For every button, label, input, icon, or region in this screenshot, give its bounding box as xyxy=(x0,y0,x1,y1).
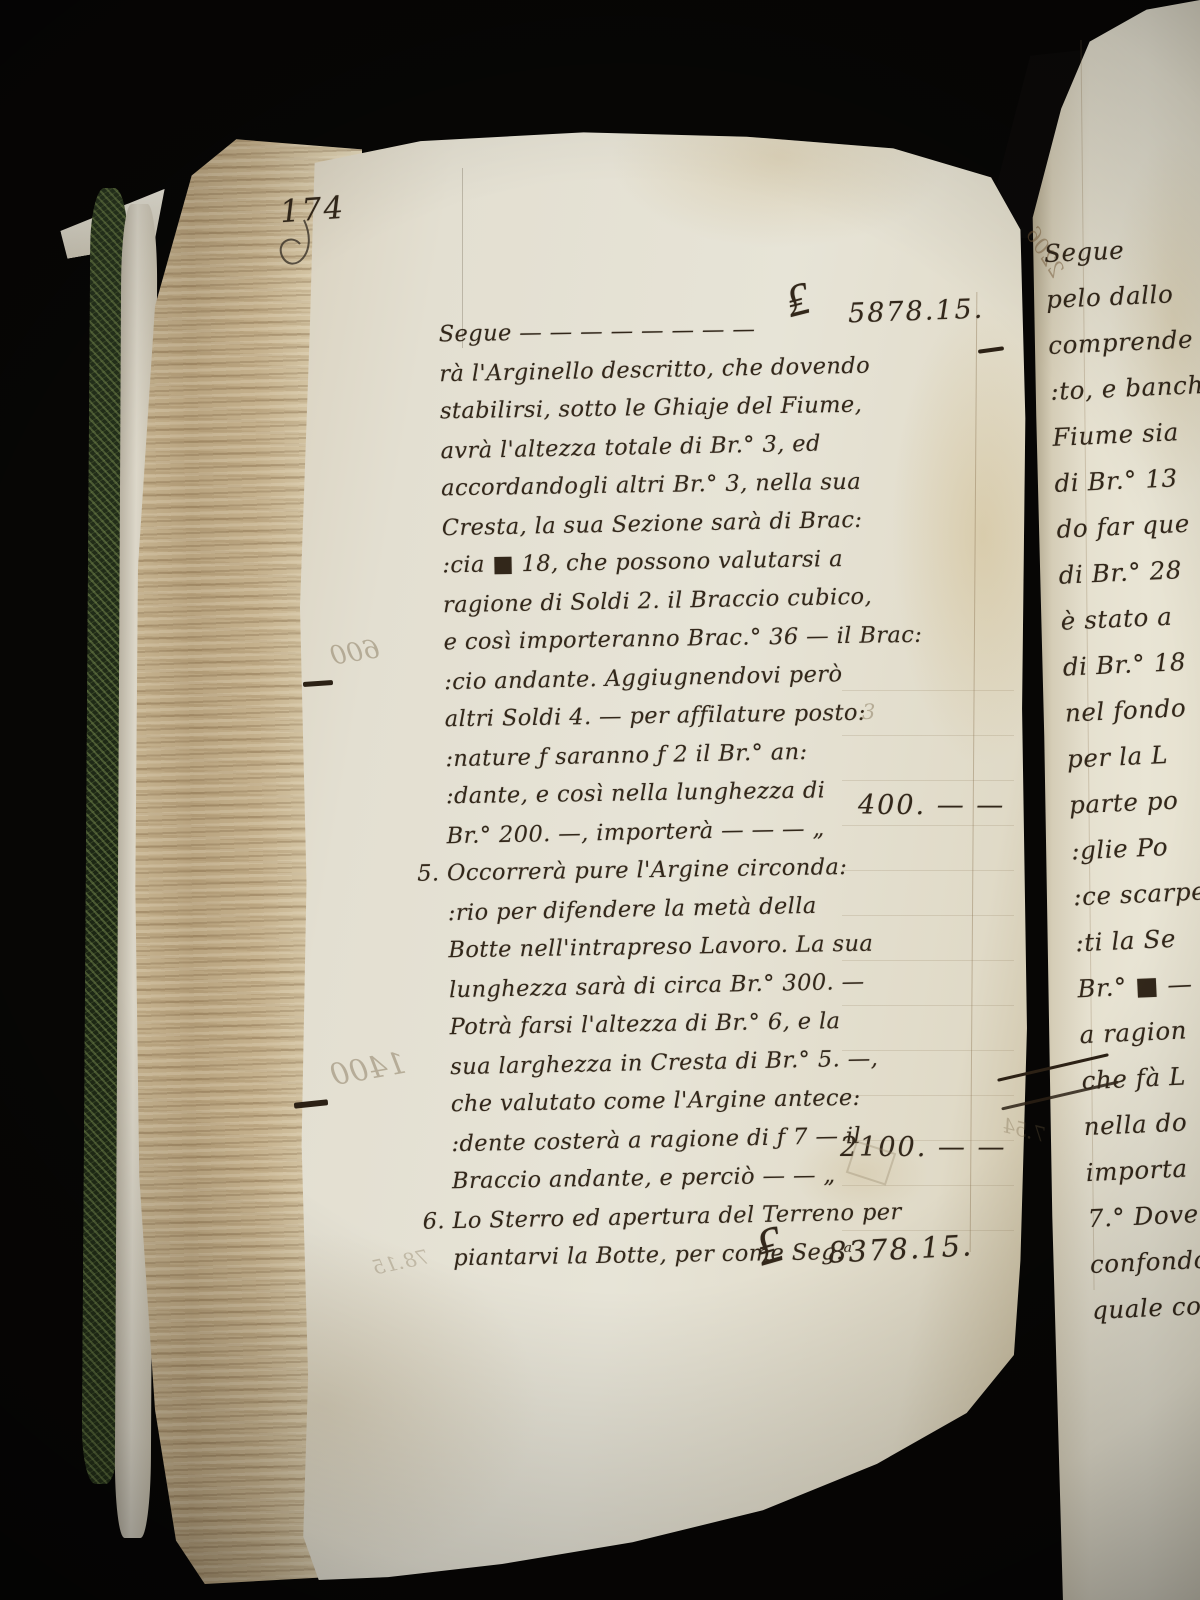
manuscript-line: ragione di Soldi 2. il Braccio cubico, xyxy=(443,577,864,624)
bleedthrough-text: 3 xyxy=(862,700,875,724)
manuscript-line: importa xyxy=(1085,1141,1200,1196)
manuscript-line: di Br.° 28 xyxy=(1058,544,1200,599)
manuscript-line: Segue xyxy=(1043,222,1200,277)
manuscript-line: che fà L xyxy=(1081,1049,1200,1104)
manuscript-line: Potrà farsi l'altezza di Br.° 6, e la xyxy=(449,1002,870,1047)
manuscript-line: nel fondo xyxy=(1064,682,1200,737)
manuscript-line: :ce scarpe xyxy=(1072,865,1200,920)
manuscript-line: :ti la Se xyxy=(1074,911,1200,966)
manuscript-line: avrà l'altezza totale di Br.° 3, ed xyxy=(440,423,861,470)
manuscript-line: :cio andante. Aggiugnendovi però xyxy=(444,654,865,701)
manuscript-line: altri Soldi 4. — per affilature posto: xyxy=(445,694,866,739)
total-flourish xyxy=(0,0,300,150)
manuscript-line: di Br.° 13 xyxy=(1053,452,1200,507)
manuscript-line: Fiume sia xyxy=(1051,406,1200,461)
manuscript-line: :cia ■ 18, che possono valutarsi a xyxy=(442,540,863,585)
manuscript-photo: 174 Segue — — — — — — — —rà l'Arginello … xyxy=(0,0,1200,1600)
manuscript-line: a ragion xyxy=(1079,1003,1200,1058)
manuscript-line: :rio per difendere la metà della xyxy=(447,885,868,932)
manuscript-line: Br.° ■ — xyxy=(1076,957,1200,1012)
manuscript-line: che valutato come l'Argine antece: xyxy=(451,1079,872,1124)
manuscript-line: accordandogli altri Br.° 3, nella sua xyxy=(441,463,862,508)
item-amount-400: 400. — — xyxy=(858,790,1005,821)
manuscript-line: Cresta, la sua Sezione sarà di Brac: xyxy=(441,500,862,547)
manuscript-line: di Br.° 18 xyxy=(1062,636,1200,691)
manuscript-line: parte po xyxy=(1068,773,1200,828)
manuscript-line: :dente costerà a ragione di ƒ 7 — il xyxy=(451,1116,872,1163)
manuscript-line: pelo dallo xyxy=(1045,268,1200,323)
manuscript-line: quale co xyxy=(1091,1279,1200,1334)
manuscript-line: do far que xyxy=(1056,498,1200,553)
page-number: 174 xyxy=(279,190,347,230)
manuscript-line: confondo xyxy=(1089,1233,1200,1288)
manuscript-line: 7.° Dovendo xyxy=(1087,1187,1200,1242)
manuscript-line: Br.° 200. —, importerà — — — „ xyxy=(446,808,867,855)
manuscript-line: :nature ƒ saranno ƒ 2 il Br.° an: xyxy=(445,731,866,778)
manuscript-line: rà l'Arginello descritto, che dovendo xyxy=(439,346,860,393)
carried-forward-amount: 5878.15. xyxy=(848,294,985,330)
manuscript-line: è stato a xyxy=(1060,590,1200,645)
manuscript-line: nella do xyxy=(1083,1095,1200,1150)
manuscript-line: sua larghezza in Cresta di Br.° 5. —, xyxy=(450,1039,871,1086)
archive-watermark xyxy=(0,0,300,150)
manuscript-line: e così importeranno Brac.° 36 — il Brac: xyxy=(443,617,864,662)
manuscript-line: piantarvi la Botte, per come Seg.ᵃ xyxy=(453,1233,874,1278)
manuscript-line: comprende xyxy=(1047,314,1200,369)
manuscript-line: lunghezza sarà di circa Br.° 300. — xyxy=(449,962,870,1009)
manuscript-line: :glie Po xyxy=(1070,819,1200,874)
manuscript-text-block: Segue — — — — — — — —rà l'Arginello desc… xyxy=(438,309,873,1278)
manuscript-line: :to, e banche xyxy=(1049,360,1200,415)
manuscript-line: Botte nell'intrapreso Lavoro. La sua xyxy=(448,925,869,970)
manuscript-line: per la L xyxy=(1066,728,1200,783)
